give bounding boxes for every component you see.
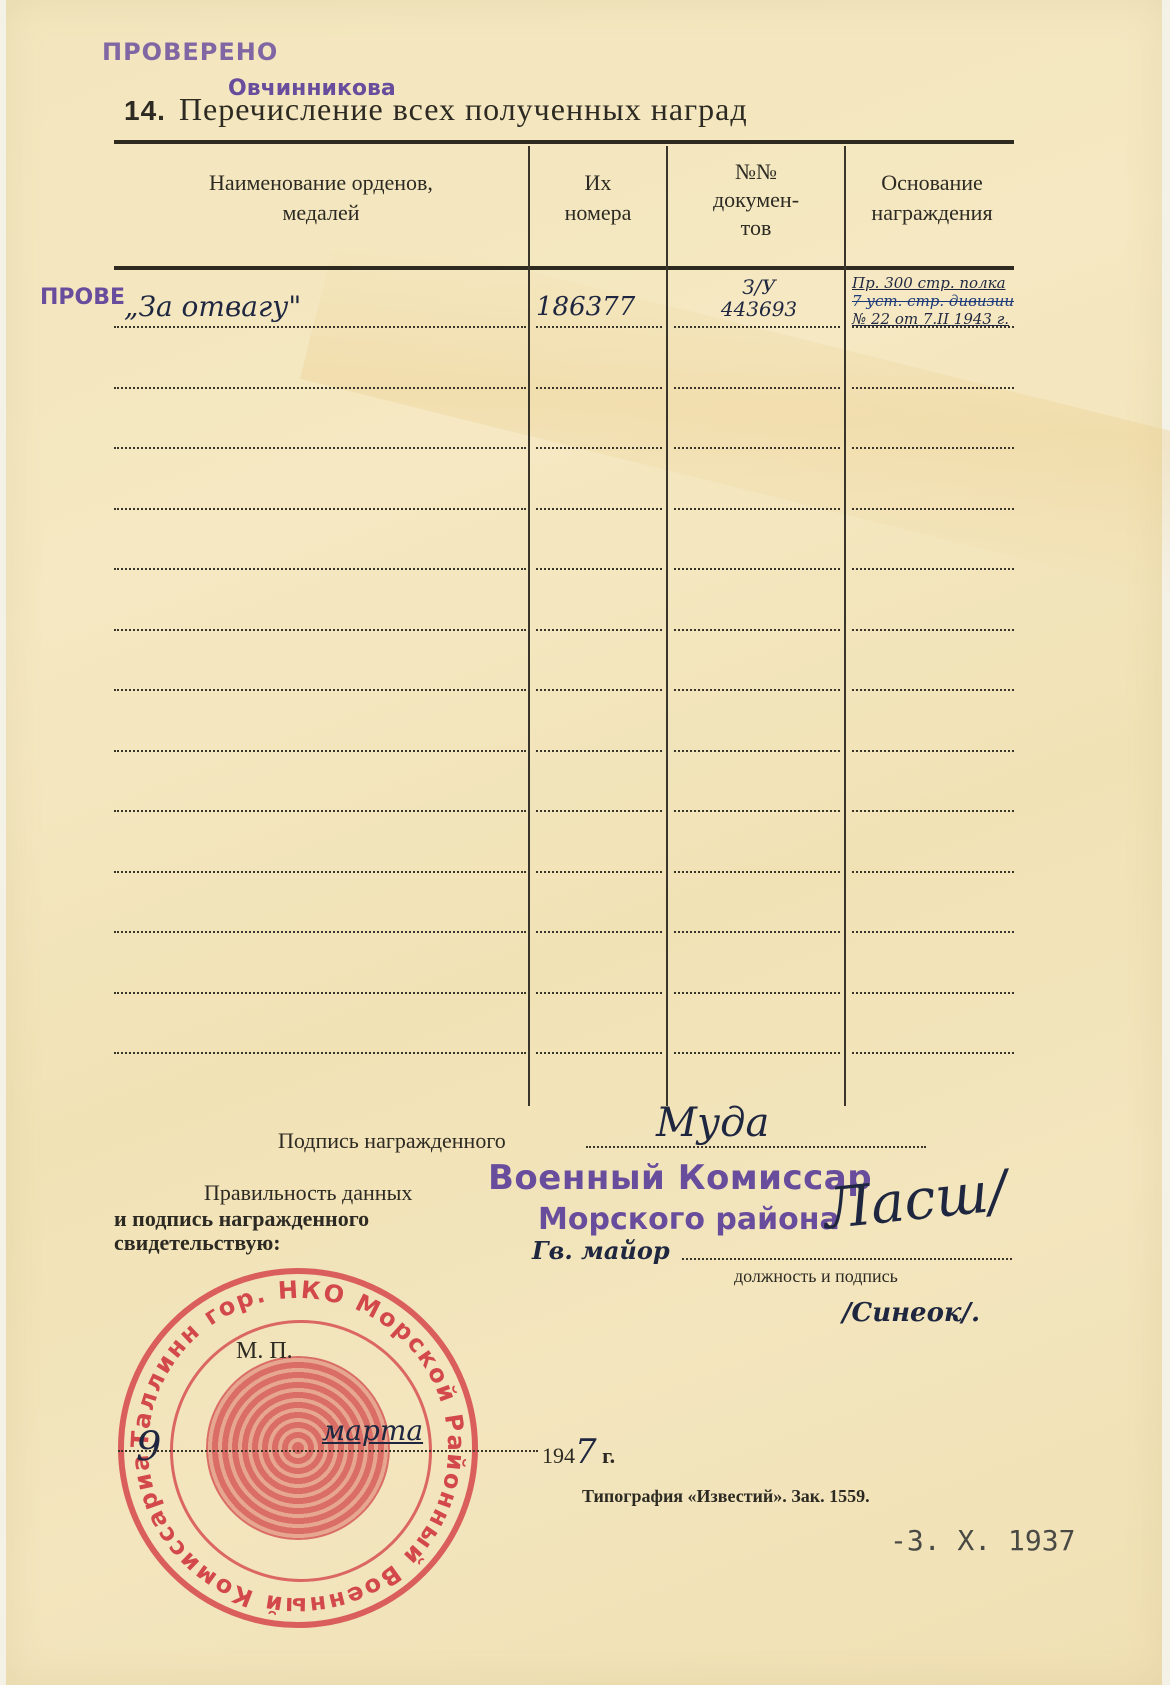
date-line — [118, 1450, 538, 1454]
officer-rank: Гв. майор — [532, 1236, 670, 1265]
header-award-name: Наименование орденов, медалей — [114, 168, 528, 228]
row-dotted-line — [852, 871, 1014, 875]
seal-ring-text: Таллинн гор. НКО Морской Районный Военны… — [124, 1274, 472, 1622]
row-dotted-line — [536, 447, 662, 451]
row-dotted-line — [674, 387, 840, 391]
date-day: 9 — [136, 1424, 161, 1470]
commissar-stamp-title: Военный Комиссар — [488, 1158, 872, 1198]
row-dotted-line — [852, 931, 1014, 935]
header-award-numbers: Их номера — [530, 168, 666, 228]
section-number: 14. — [124, 95, 166, 126]
table-top-rule — [114, 140, 1014, 144]
header-line: тов — [668, 214, 844, 242]
basis-line: Пр. 300 стр. полка — [852, 274, 1092, 292]
row-dotted-line — [674, 568, 840, 572]
year-suffix: г. — [602, 1443, 615, 1468]
row-dotted-line — [674, 689, 840, 693]
awardee-signature-label: Подпись награжденного — [278, 1128, 506, 1154]
column-divider-3 — [844, 146, 846, 1106]
awardee-signature-line — [586, 1146, 926, 1150]
row-dotted-line — [114, 810, 526, 814]
row-dotted-line — [852, 992, 1014, 996]
row-dotted-line — [536, 992, 662, 996]
certify-line-3: свидетельствую: — [114, 1230, 281, 1256]
section-title: 14. Перечисление всех полученных наград — [124, 91, 748, 128]
row-dotted-line — [674, 871, 840, 875]
awardee-signature: Муда — [656, 1100, 769, 1146]
column-divider-2 — [666, 146, 668, 1106]
row-dotted-line — [674, 508, 840, 512]
row-dotted-line — [114, 689, 526, 693]
row-dotted-line — [536, 1052, 662, 1056]
award-number-cell: 186377 — [536, 292, 635, 322]
header-line: награждения — [846, 198, 1018, 228]
award-basis-cell: Пр. 300 стр. полка 7 уст. стр. дивизии №… — [852, 274, 1092, 328]
date-year: 1947 г. — [542, 1432, 615, 1472]
row-dotted-line — [674, 447, 840, 451]
officer-signature-line — [682, 1258, 1012, 1262]
row-dotted-line — [114, 871, 526, 875]
position-signature-label: должность и подпись — [734, 1266, 898, 1287]
year-prefix: 194 — [542, 1443, 575, 1468]
row-dotted-line — [114, 1052, 526, 1056]
row-dotted-line — [536, 387, 662, 391]
row-dotted-line — [114, 931, 526, 935]
row-dotted-line — [536, 326, 662, 330]
row-dotted-line — [852, 810, 1014, 814]
row-dotted-line — [852, 689, 1014, 693]
row-dotted-line — [852, 629, 1014, 633]
certify-line-1: Правильность данных — [204, 1180, 412, 1206]
seal-place-label: М. П. — [236, 1338, 293, 1365]
header-line: Их — [530, 168, 666, 198]
row-dotted-line — [536, 871, 662, 875]
header-award-basis: Основание награждения — [846, 168, 1018, 228]
document-number-cell: З/У 443693 — [674, 276, 844, 320]
commissar-stamp-district: Морского района — [538, 1202, 840, 1237]
row-dotted-line — [852, 447, 1014, 451]
date-month: марта — [322, 1414, 423, 1447]
section-title-text: Перечисление всех полученных наград — [179, 91, 748, 127]
row-dotted-line — [114, 447, 526, 451]
header-line: Наименование орденов, — [114, 168, 528, 198]
row-dotted-line — [674, 992, 840, 996]
document-series: З/У — [674, 276, 844, 298]
row-dotted-line — [114, 326, 526, 330]
row-dotted-line — [674, 810, 840, 814]
column-divider-1 — [528, 146, 530, 1106]
row-dotted-line — [536, 750, 662, 754]
row-dotted-line — [536, 689, 662, 693]
row-dotted-line — [852, 750, 1014, 754]
signer-name: /Синеок/. — [842, 1298, 980, 1328]
row-dotted-line — [536, 568, 662, 572]
basis-line: 7 уст. стр. дивизии — [852, 292, 1092, 310]
row-dotted-line — [674, 326, 840, 330]
svg-text:Таллинн гор. НКО Морской Район: Таллинн гор. НКО Морской Районный Военны… — [124, 1274, 470, 1620]
document-page: ПРОВЕРЕНО Овчинникова 14. Перечисление в… — [6, 0, 1162, 1685]
header-line: медалей — [114, 198, 528, 228]
document-number: 443693 — [674, 298, 844, 320]
row-dotted-line — [674, 750, 840, 754]
checked-stamp: ПРОВЕРЕНО — [102, 38, 278, 66]
header-line: №№ — [668, 158, 844, 186]
row-dotted-line — [674, 1052, 840, 1056]
year-digit: 7 — [575, 1432, 597, 1472]
row-dotted-line — [114, 508, 526, 512]
row-dotted-line — [114, 750, 526, 754]
award-name-cell: „За отвагу" — [124, 290, 301, 323]
row-dotted-line — [114, 387, 526, 391]
header-line: номера — [530, 198, 666, 228]
checked-row-stamp: ПРОВЕ — [40, 285, 125, 310]
row-dotted-line — [852, 568, 1014, 572]
row-dotted-line — [852, 1052, 1014, 1056]
row-dotted-line — [852, 387, 1014, 391]
certify-line-2: и подпись награжденного — [114, 1206, 369, 1232]
row-dotted-line — [114, 992, 526, 996]
official-seal: Таллинн гор. НКО Морской Районный Военны… — [118, 1268, 478, 1628]
row-dotted-line — [674, 931, 840, 935]
printer-imprint: Типография «Известий». Зак. 1559. — [582, 1486, 870, 1507]
row-dotted-line — [536, 810, 662, 814]
header-line: Основание — [846, 168, 1018, 198]
row-dotted-line — [114, 568, 526, 572]
row-dotted-line — [114, 629, 526, 633]
header-line: докумен- — [668, 186, 844, 214]
print-date-stamp: -3. X. 1937 — [890, 1524, 1075, 1557]
table-header-rule — [114, 266, 1014, 270]
row-dotted-line — [536, 931, 662, 935]
row-dotted-line — [536, 508, 662, 512]
row-dotted-line — [852, 326, 1014, 330]
header-document-numbers: №№ докумен- тов — [668, 158, 844, 242]
row-dotted-line — [536, 629, 662, 633]
row-dotted-line — [674, 629, 840, 633]
row-dotted-line — [852, 508, 1014, 512]
